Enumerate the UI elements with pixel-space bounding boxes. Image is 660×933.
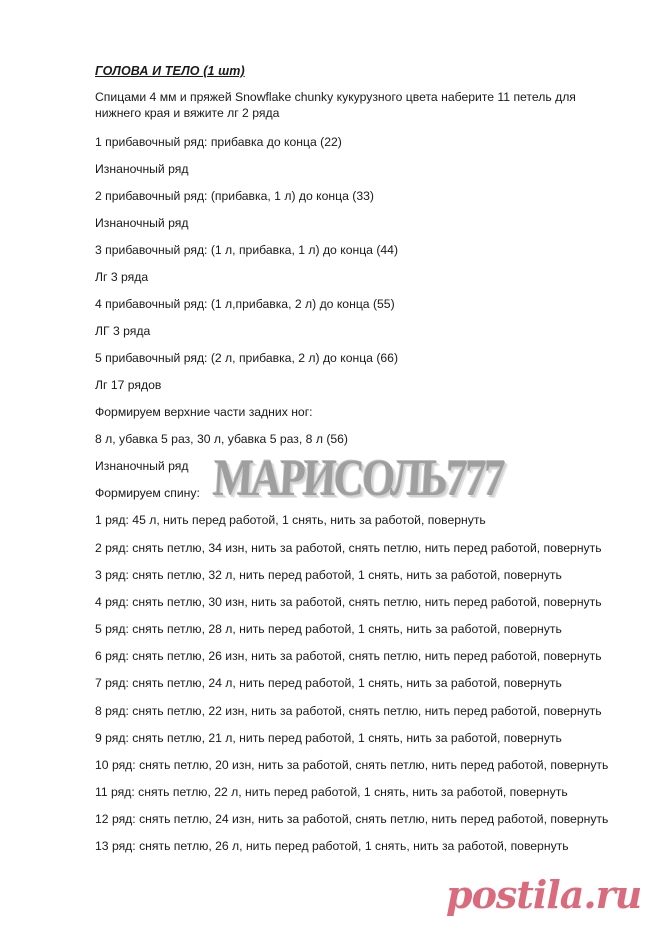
instruction-line: 13 ряд: снять петлю, 26 л, нить перед ра… (95, 838, 569, 854)
instruction-line: 12 ряд: снять петлю, 24 изн, нить за раб… (95, 811, 608, 827)
instruction-line: 7 ряд: снять петлю, 24 л, нить перед раб… (95, 675, 562, 691)
instruction-line: 2 прибавочный ряд: (прибавка, 1 л) до ко… (95, 188, 374, 204)
document-page: ГОЛОВА И ТЕЛО (1 шт) Спицами 4 мм и пряж… (0, 0, 660, 933)
instruction-line: 1 прибавочный ряд: прибавка до конца (22… (95, 134, 342, 150)
intro-paragraph: Спицами 4 мм и пряжей Snowflake chunky к… (95, 89, 595, 121)
instruction-line: 8 л, убавка 5 раз, 30 л, убавка 5 раз, 8… (95, 431, 348, 447)
instruction-line: 11 ряд: снять петлю, 22 л, нить перед ра… (95, 784, 568, 800)
instruction-line: 2 ряд: снять петлю, 34 изн, нить за рабо… (95, 540, 602, 556)
instruction-line: Формируем спину: (95, 485, 200, 501)
instruction-line: 6 ряд: снять петлю, 26 изн, нить за рабо… (95, 648, 602, 664)
instruction-line: Изнаночный ряд (95, 215, 188, 231)
section-title: ГОЛОВА И ТЕЛО (1 шт) (95, 64, 245, 78)
instruction-line: Лг 17 рядов (95, 377, 161, 393)
instruction-line: 4 ряд: снять петлю, 30 изн, нить за рабо… (95, 594, 602, 610)
instruction-line: Лг 3 ряда (95, 269, 148, 285)
instruction-line: 3 прибавочный ряд: (1 л, прибавка, 1 л) … (95, 242, 398, 258)
instruction-line: 5 прибавочный ряд: (2 л, прибавка, 2 л) … (95, 350, 398, 366)
instruction-line: 3 ряд: снять петлю, 32 л, нить перед раб… (95, 567, 562, 583)
instruction-line: Изнаночный ряд (95, 161, 188, 177)
instruction-line: Формируем верхние части задних ног: (95, 404, 313, 420)
postila-logo: postila.ru (446, 872, 641, 917)
instruction-line: 5 ряд: снять петлю, 28 л, нить перед раб… (95, 621, 562, 637)
instruction-line: 10 ряд: снять петлю, 20 изн, нить за раб… (95, 757, 608, 773)
instruction-line: Изнаночный ряд (95, 458, 188, 474)
watermark-text: МАРИСОЛЬ777 (212, 449, 504, 508)
instruction-line: 8 ряд: снять петлю, 22 изн, нить за рабо… (95, 703, 602, 719)
instruction-line: 4 прибавочный ряд: (1 л,прибавка, 2 л) д… (95, 296, 395, 312)
instruction-line: 1 ряд: 45 л, нить перед работой, 1 снять… (95, 512, 486, 528)
instruction-line: ЛГ 3 ряда (95, 323, 150, 339)
instruction-line: 9 ряд: снять петлю, 21 л, нить перед раб… (95, 730, 562, 746)
